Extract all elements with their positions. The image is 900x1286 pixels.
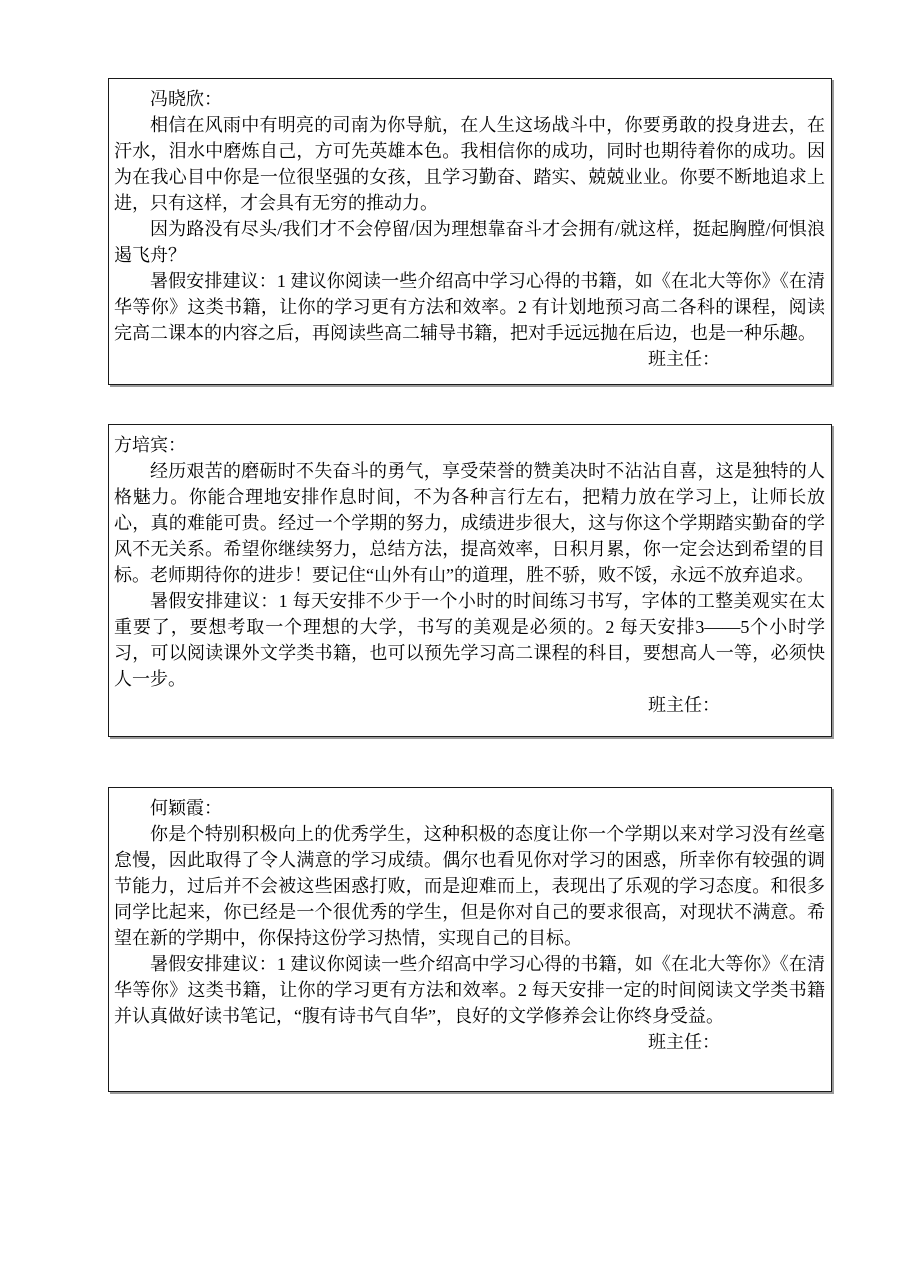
summer-plan-paragraph: 暑假安排建议：1 建议你阅读一些介绍高中学习心得的书籍，如《在北大等你》《在清华… bbox=[114, 268, 825, 346]
teacher-signature-label: 班主任： bbox=[114, 692, 825, 718]
comment-cards-container: 冯晓欣： 相信在风雨中有明亮的司南为你导航，在人生这场战斗中，你要勇敢的投身进去… bbox=[108, 78, 832, 1092]
comment-card-1: 冯晓欣： 相信在风雨中有明亮的司南为你导航，在人生这场战斗中，你要勇敢的投身进去… bbox=[108, 78, 832, 385]
comment-card-2: 方培宾： 经历艰苦的磨砺时不失奋斗的勇气，享受荣誉的赞美决时不沾沾自喜，这是独特… bbox=[108, 424, 832, 737]
student-name: 方培宾： bbox=[114, 432, 825, 458]
comment-card-3: 何颖霞： 你是个特别积极向上的优秀学生，这种积极的态度让你一个学期以来对学习没有… bbox=[108, 787, 832, 1092]
summer-plan-paragraph: 暑假安排建议：1 每天安排不少于一个小时的时间练习书写，字体的工整美观实在太重要… bbox=[114, 588, 825, 692]
student-name: 冯晓欣： bbox=[114, 86, 825, 112]
poem-paragraph: 因为路没有尽头/我们才不会停留/因为理想靠奋斗才会拥有/就这样，挺起胸膛/何惧浪… bbox=[114, 216, 825, 268]
student-name: 何颖霞： bbox=[114, 795, 825, 821]
comment-paragraph: 经历艰苦的磨砺时不失奋斗的勇气，享受荣誉的赞美决时不沾沾自喜，这是独特的人格魅力… bbox=[114, 458, 825, 588]
summer-plan-paragraph: 暑假安排建议：1 建议你阅读一些介绍高中学习心得的书籍，如《在北大等你》《在清华… bbox=[114, 951, 825, 1029]
comment-paragraph: 相信在风雨中有明亮的司南为你导航，在人生这场战斗中，你要勇敢的投身进去，在汗水，… bbox=[114, 112, 825, 216]
teacher-signature-label: 班主任： bbox=[114, 1029, 825, 1055]
teacher-signature-label: 班主任： bbox=[114, 346, 825, 372]
comment-paragraph: 你是个特别积极向上的优秀学生，这种积极的态度让你一个学期以来对学习没有丝毫怠慢，… bbox=[114, 821, 825, 951]
document-page: 冯晓欣： 相信在风雨中有明亮的司南为你导航，在人生这场战斗中，你要勇敢的投身进去… bbox=[0, 0, 900, 1286]
